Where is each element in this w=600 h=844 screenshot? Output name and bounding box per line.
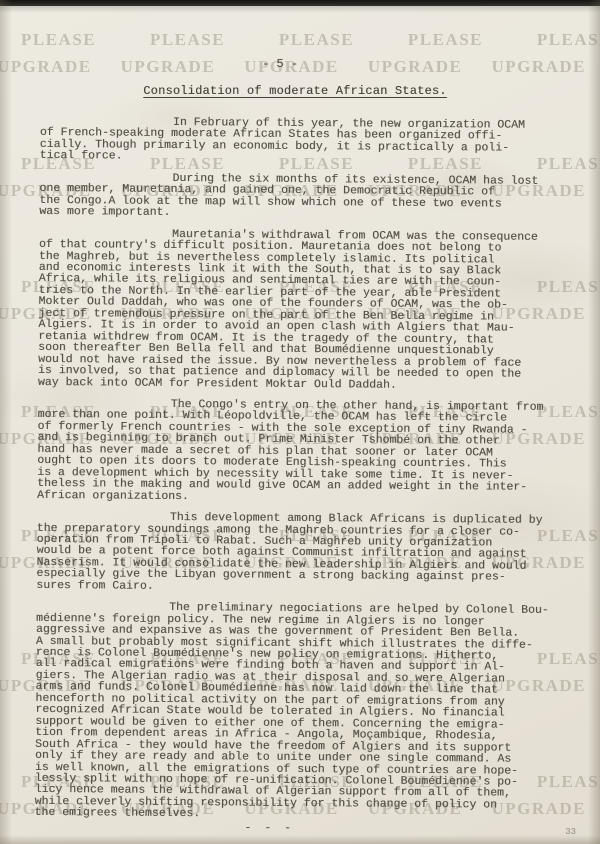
photo-edge-left	[0, 0, 12, 844]
paragraph: This development among Black Africans is…	[36, 511, 563, 595]
photo-edge-right	[588, 0, 600, 844]
paragraph: Mauretania's withdrawal from OCAM was th…	[38, 228, 565, 392]
paragraph: The Congo's entry on the other hand, is …	[37, 398, 564, 505]
watermark-row-pair: PLEASEPLEASEPLEASEPLEASEPLEASEUPGRADEUPG…	[0, 26, 600, 80]
document-body: In February of this year, the new organi…	[34, 116, 566, 836]
paragraph: In February of this year, the new organi…	[40, 116, 566, 166]
photo-edge-band	[0, 6, 600, 13]
watermark-word: PLEASE	[150, 30, 225, 50]
watermark-word: PLEASE	[279, 30, 354, 50]
page-number: - 5 -	[0, 57, 560, 71]
page-title: Consolidation of moderate African States…	[0, 84, 590, 98]
watermark-word: PLEASE	[408, 30, 483, 50]
photo-edge-bottom	[0, 835, 600, 844]
scanned-page: PLEASEPLEASEPLEASEPLEASEPLEASEUPGRADEUPG…	[0, 0, 600, 844]
paragraph: The preliminary negociations are helped …	[34, 601, 562, 823]
watermark-text-row: PLEASEPLEASEPLEASEPLEASEPLEASE	[0, 26, 600, 53]
paragraph: During the six months of its existence, …	[39, 172, 565, 222]
end-mark: - - -	[34, 821, 560, 837]
watermark-word: PLEASE	[21, 30, 96, 50]
